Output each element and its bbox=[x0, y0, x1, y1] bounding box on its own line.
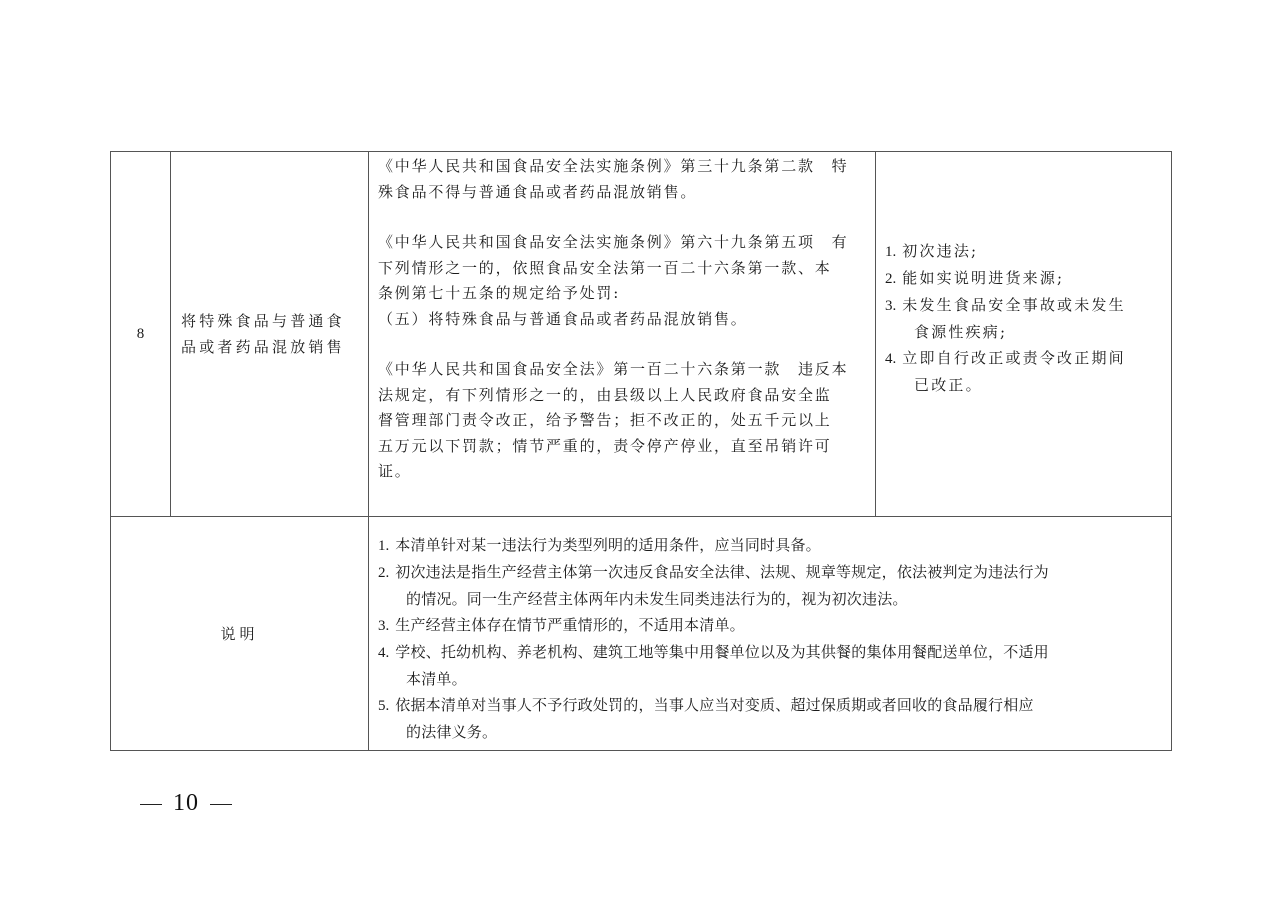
dash-left bbox=[140, 804, 162, 806]
condition-item: 2.能如实说明进货来源; bbox=[885, 265, 1163, 292]
legal-basis-line: 《中华人民共和国食品安全法》第一百二十六条第一款 违反本 bbox=[378, 357, 867, 383]
legal-basis-line: 法规定，有下列情形之一的，由县级以上人民政府食品安全监 bbox=[378, 383, 867, 409]
penalty-exemption-table: 8 将特殊食品与普通食 品或者药品混放销售 《中华人民共和国食品安全法实施条例》… bbox=[110, 151, 1172, 751]
note-item: 3.生产经营主体存在情节严重情形的，不适用本清单。 bbox=[378, 612, 1163, 639]
condition-item: 3.未发生食品安全事故或未发生 bbox=[885, 292, 1163, 319]
legal-basis-line: 证。 bbox=[378, 459, 867, 485]
page-number: 10 bbox=[173, 790, 199, 816]
row-number-cell: 8 bbox=[111, 152, 171, 517]
legal-basis-paragraph: 《中华人民共和国食品安全法实施条例》第六十九条第五项 有 下列情形之一的，依照食… bbox=[378, 230, 867, 332]
legal-basis-line: 五万元以下罚款；情节严重的，责令停产停业，直至吊销许可 bbox=[378, 434, 867, 460]
notes-label: 说明 bbox=[220, 625, 258, 643]
note-item-continuation: 本清单。 bbox=[378, 666, 1163, 692]
legal-basis-line: （五）将特殊食品与普通食品或者药品混放销售。 bbox=[378, 307, 867, 333]
condition-item-continuation: 已改正。 bbox=[885, 372, 1163, 398]
behavior-line: 品或者药品混放销售 bbox=[181, 334, 360, 360]
legal-basis-line: 《中华人民共和国食品安全法实施条例》第六十九条第五项 有 bbox=[378, 230, 867, 256]
table-row: 8 将特殊食品与普通食 品或者药品混放销售 《中华人民共和国食品安全法实施条例》… bbox=[111, 152, 1172, 517]
legal-basis-line: 条例第七十五条的规定给予处罚: bbox=[378, 281, 867, 307]
notes-row: 说明 1.本清单针对某一违法行为类型列明的适用条件，应当同时具备。 2.初次违法… bbox=[111, 517, 1172, 751]
applicable-conditions-cell: 1.初次违法; 2.能如实说明进货来源; 3.未发生食品安全事故或未发生 食源性… bbox=[876, 152, 1172, 517]
dash-right bbox=[210, 804, 232, 806]
condition-item-continuation: 食源性疾病; bbox=[885, 319, 1163, 345]
legal-basis-line: 殊食品不得与普通食品或者药品混放销售。 bbox=[378, 180, 867, 206]
note-item: 4.学校、托幼机构、养老机构、建筑工地等集中用餐单位以及为其供餐的集体用餐配送单… bbox=[378, 639, 1163, 666]
note-item-continuation: 的法律义务。 bbox=[378, 719, 1163, 745]
condition-item: 4.立即自行改正或责令改正期间 bbox=[885, 345, 1163, 372]
notes-content-cell: 1.本清单针对某一违法行为类型列明的适用条件，应当同时具备。 2.初次违法是指生… bbox=[369, 517, 1172, 751]
notes-label-cell: 说明 bbox=[111, 517, 369, 751]
note-item: 2.初次违法是指生产经营主体第一次违反食品安全法律、法规、规章等规定，依法被判定… bbox=[378, 559, 1163, 586]
behavior-line: 将特殊食品与普通食 bbox=[181, 308, 360, 334]
note-item: 1.本清单针对某一违法行为类型列明的适用条件，应当同时具备。 bbox=[378, 532, 1163, 559]
legal-basis-paragraph: 《中华人民共和国食品安全法实施条例》第三十九条第二款 特 殊食品不得与普通食品或… bbox=[378, 154, 867, 205]
row-number: 8 bbox=[137, 326, 145, 342]
condition-item: 1.初次违法; bbox=[885, 238, 1163, 265]
violation-behavior-cell: 将特殊食品与普通食 品或者药品混放销售 bbox=[171, 152, 369, 517]
legal-basis-line: 下列情形之一的，依照食品安全法第一百二十六条第一款、本 bbox=[378, 256, 867, 282]
legal-basis-paragraph: 《中华人民共和国食品安全法》第一百二十六条第一款 违反本 法规定，有下列情形之一… bbox=[378, 357, 867, 485]
note-item: 5.依据本清单对当事人不予行政处罚的，当事人应当对变质、超过保质期或者回收的食品… bbox=[378, 692, 1163, 719]
legal-basis-line: 《中华人民共和国食品安全法实施条例》第三十九条第二款 特 bbox=[378, 154, 867, 180]
page-footer: 10 bbox=[138, 790, 234, 817]
legal-basis-cell: 《中华人民共和国食品安全法实施条例》第三十九条第二款 特 殊食品不得与普通食品或… bbox=[369, 152, 876, 517]
legal-basis-line: 督管理部门责令改正，给予警告；拒不改正的，处五千元以上 bbox=[378, 408, 867, 434]
note-item-continuation: 的情况。同一生产经营主体两年内未发生同类违法行为的，视为初次违法。 bbox=[378, 586, 1163, 612]
